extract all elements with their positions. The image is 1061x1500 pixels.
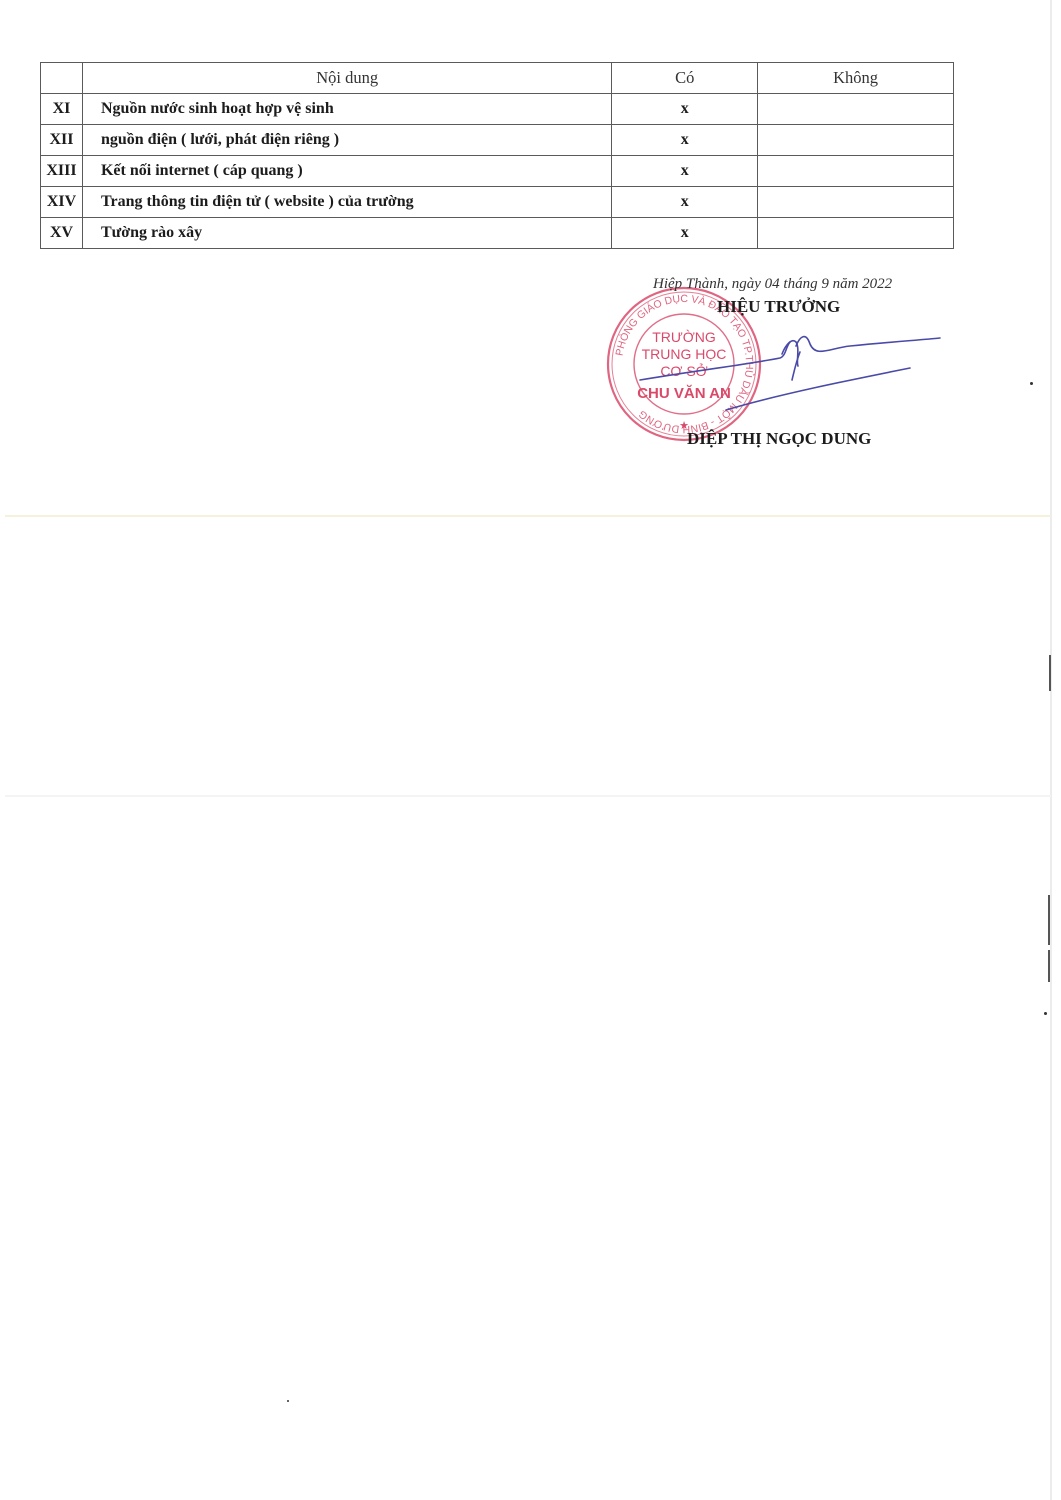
row-content: Kết nối internet ( cáp quang ) xyxy=(82,156,611,187)
row-content: Tường rào xây xyxy=(82,218,611,249)
page-edge xyxy=(1050,0,1052,1500)
row-no-mark xyxy=(758,218,954,249)
row-number: XV xyxy=(41,218,83,249)
row-no-mark xyxy=(758,156,954,187)
scan-speck xyxy=(287,1400,289,1402)
row-yes-mark: x xyxy=(612,156,758,187)
row-number: XI xyxy=(41,94,83,125)
row-number: XII xyxy=(41,125,83,156)
table-header-row: Nội dung Có Không xyxy=(41,63,954,94)
header-no: Không xyxy=(758,63,954,94)
scan-mark xyxy=(1048,950,1050,982)
header-content: Nội dung xyxy=(82,63,611,94)
scan-mark xyxy=(1048,895,1050,945)
row-yes-mark: x xyxy=(612,125,758,156)
row-no-mark xyxy=(758,187,954,218)
table-row: XIVTrang thông tin điện tử ( website ) c… xyxy=(41,187,954,218)
facility-checklist-table: Nội dung Có Không XINguồn nước sinh hoạt… xyxy=(40,62,954,249)
row-no-mark xyxy=(758,94,954,125)
header-number xyxy=(41,63,83,94)
row-number: XIV xyxy=(41,187,83,218)
row-yes-mark: x xyxy=(612,94,758,125)
scan-speck xyxy=(1044,1012,1047,1015)
row-yes-mark: x xyxy=(612,187,758,218)
header-yes: Có xyxy=(612,63,758,94)
scan-mark xyxy=(1049,655,1051,691)
signature-block: PHÒNG GIÁO DỤC VÀ ĐÀO TẠO TP.THỦ DẦU MỘT… xyxy=(600,272,960,462)
signer-name: DIỆP THỊ NGỌC DUNG xyxy=(687,429,871,449)
row-number: XIII xyxy=(41,156,83,187)
row-content: nguồn điện ( lưới, phát điện riêng ) xyxy=(82,125,611,156)
row-no-mark xyxy=(758,125,954,156)
row-yes-mark: x xyxy=(612,218,758,249)
row-content: Trang thông tin điện tử ( website ) của … xyxy=(82,187,611,218)
table-row: XIIIKết nối internet ( cáp quang )x xyxy=(41,156,954,187)
table-row: XINguồn nước sinh hoạt hợp vệ sinhx xyxy=(41,94,954,125)
table-row: XVTường rào xâyx xyxy=(41,218,954,249)
fold-line xyxy=(5,795,1051,797)
table-row: XIInguồn điện ( lưới, phát điện riêng )x xyxy=(41,125,954,156)
fold-line xyxy=(5,515,1051,517)
row-content: Nguồn nước sinh hoạt hợp vệ sinh xyxy=(82,94,611,125)
scan-speck xyxy=(1030,382,1033,385)
